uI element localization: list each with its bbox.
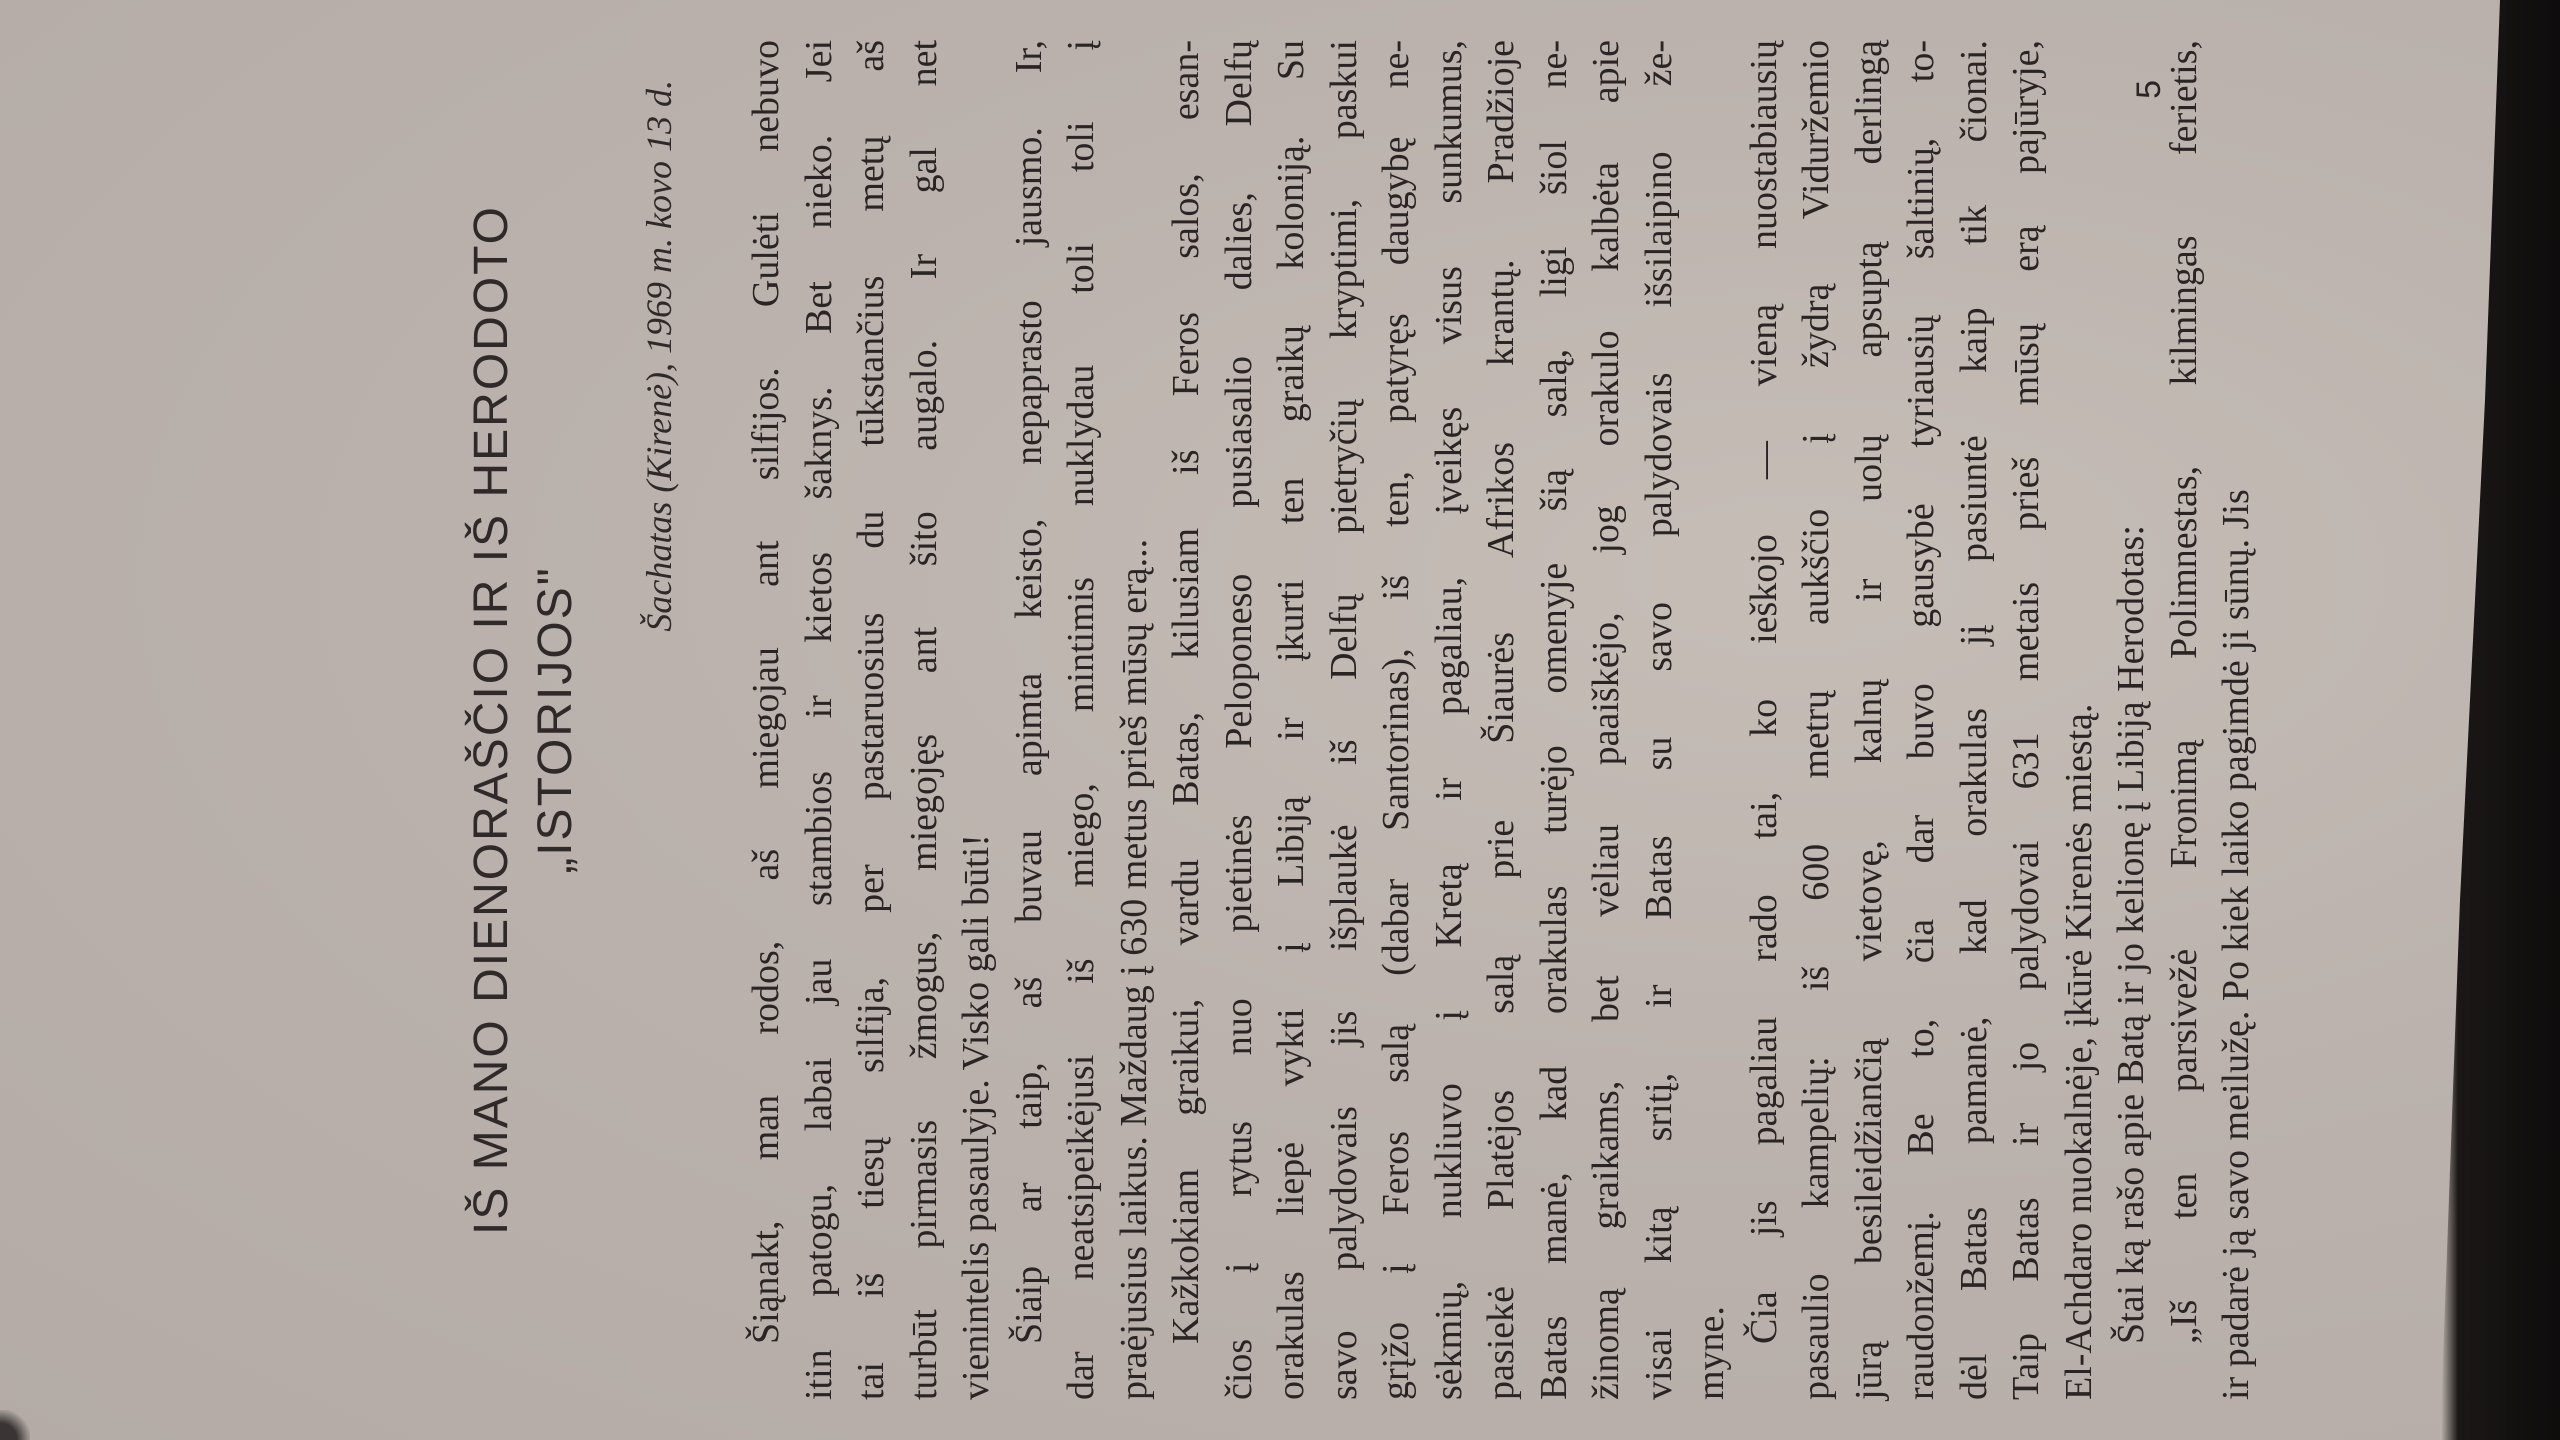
- dateline: Šachatas (Kirenė), 1969 m. kovo 13 d.: [638, 80, 680, 1400]
- paragraph: Šiaip ar taip, aš buvau apimta keisto, n…: [1003, 40, 1161, 1400]
- paragraph: Kažkokiam graikui, vardu Batas, kilusiam…: [1160, 40, 1738, 1400]
- text-line: Šiaip ar taip, aš buvau apimta keisto, n…: [1003, 40, 1056, 1400]
- text-line: žinomą graikams, bet vėliau paaiškėjo, j…: [1580, 40, 1633, 1400]
- text-line: turbūt pirmasis žmogus, miegojęs ant šit…: [898, 40, 951, 1400]
- text-line: „Iš ten parsivežė Fronimą Polimnestas, k…: [2158, 40, 2211, 1400]
- text-line: orakulas liepė vykti į Libiją ir įkurti …: [1265, 40, 1318, 1400]
- text-line: ir padarė ją savo meilužę. Po kiek laiko…: [2210, 40, 2263, 1400]
- text-line: tai iš tiesų silfija, per pastaruosius d…: [845, 40, 898, 1400]
- text-line: savo palydovais jis išplaukė iš Delfų pi…: [1318, 40, 1371, 1400]
- paragraph: „Iš ten parsivežė Fronimą Polimnestas, k…: [2158, 40, 2263, 1400]
- text-line: myne.: [1685, 40, 1738, 1400]
- text-line: grįžo į Feros salą (dabar Santorinas), i…: [1370, 40, 1423, 1400]
- text-line: raudonžemį. Be to, čia dar buvo gausybė …: [1895, 40, 1948, 1400]
- chapter-title: IŠ MANO DIENORAŠČIO IR IŠ HERODOTO „ISTO…: [460, 40, 588, 1400]
- text-line: pasiekė Platėjos salą prie Šiaurės Afrik…: [1475, 40, 1528, 1400]
- paragraph: Šiąnakt, man rodos, aš miegojau ant silf…: [740, 40, 1003, 1400]
- text-line: Kažkokiam graikui, vardu Batas, kilusiam…: [1160, 40, 1213, 1400]
- text-line: Šiąnakt, man rodos, aš miegojau ant silf…: [740, 40, 793, 1400]
- text-line: Čia jis pagaliau rado tai, ko ieškojo — …: [1738, 40, 1791, 1400]
- book-page-content: IŠ MANO DIENORAŠČIO IR IŠ HERODOTO „ISTO…: [430, 40, 2330, 1400]
- corner-shadow: [0, 1410, 30, 1440]
- paragraph: Čia jis pagaliau rado tai, ko ieškojo — …: [1738, 40, 2106, 1400]
- dark-background-edge: [2440, 0, 2560, 1440]
- page-number: 5: [2130, 80, 2169, 99]
- text-line: Taip Batas ir jo palydovai 631 metais pr…: [2000, 40, 2053, 1400]
- text-line: El-Achdaro nuokalnėje, įkūrė Kirenės mie…: [2053, 40, 2106, 1400]
- body-text: Šiąnakt, man rodos, aš miegojau ant silf…: [740, 40, 2263, 1400]
- text-line: sėkmių, nukliuvo į Kretą ir pagaliau, įv…: [1423, 40, 1476, 1400]
- text-line: praėjusius laikus. Maždaug į 630 metus p…: [1108, 40, 1161, 1400]
- text-line: jūrą besileidžiančią vietovę, kalnų ir u…: [1843, 40, 1896, 1400]
- photographed-book-page: IŠ MANO DIENORAŠČIO IR IŠ HERODOTO „ISTO…: [0, 0, 2560, 1440]
- text-line: Štai ką rašo apie Batą ir jo kelionę į L…: [2105, 40, 2158, 1400]
- paragraph: Štai ką rašo apie Batą ir jo kelionę į L…: [2105, 40, 2158, 1400]
- text-line: visai kitą sritį, ir Batas su savo palyd…: [1633, 40, 1686, 1400]
- text-line: itin patogu, labai jau stambios ir kieto…: [793, 40, 846, 1400]
- text-line: dar neatsipeikėjusi iš miego, mintimis n…: [1055, 40, 1108, 1400]
- chapter-title-line-1: IŠ MANO DIENORAŠČIO IR IŠ HERODOTO: [460, 40, 524, 1400]
- text-line: pasaulio kampelių: iš 600 metrų aukščio …: [1790, 40, 1843, 1400]
- text-line: čios į rytus nuo pietinės Peloponeso pus…: [1213, 40, 1266, 1400]
- text-line: vienintelis pasaulyje. Visko gali būti!: [950, 40, 1003, 1400]
- text-line: dėl Batas pamanė, kad orakulas jį pasiun…: [1948, 40, 2001, 1400]
- text-line: Batas manė, kad orakulas turėjo omenyje …: [1528, 40, 1581, 1400]
- chapter-title-line-2: „ISTORIJOS": [524, 40, 588, 1400]
